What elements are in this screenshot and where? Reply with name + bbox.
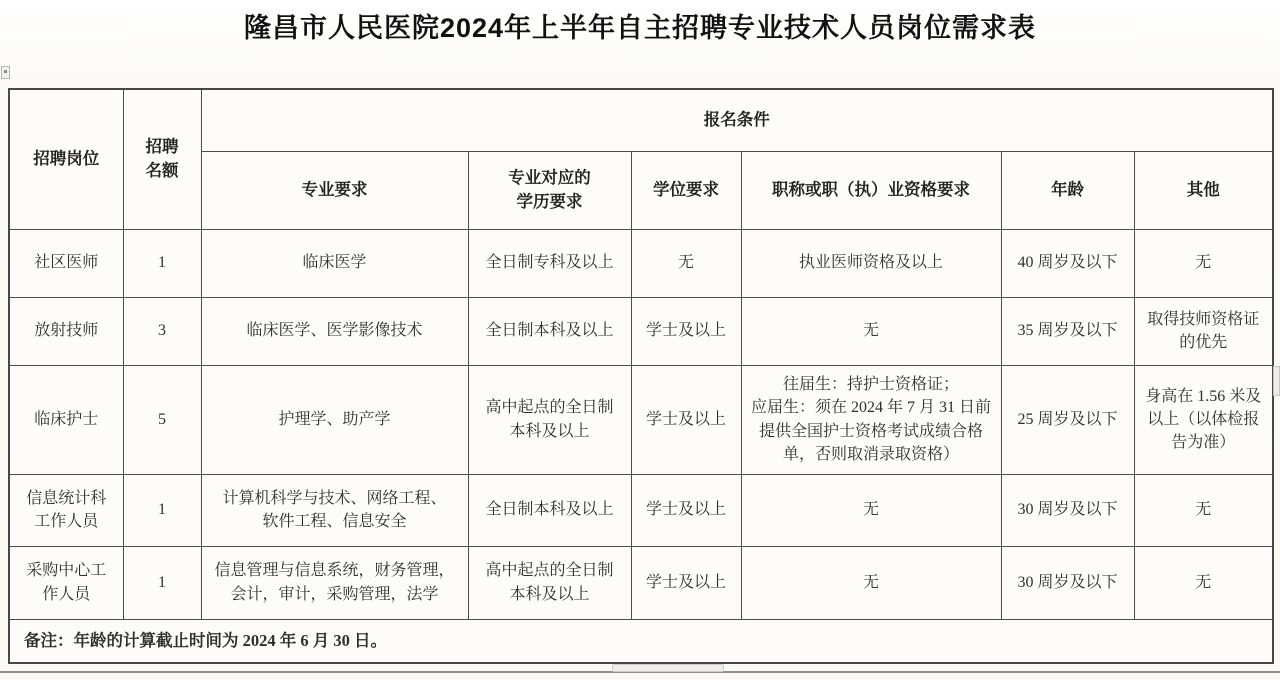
cell-other: 身高在 1.56 米及以上（以体检报告为准）	[1134, 365, 1273, 474]
table-row: 放射技师 3 临床医学、医学影像技术 全日制本科及以上 学士及以上 无 35 周…	[9, 297, 1273, 365]
cell-major: 护理学、助产学	[201, 365, 468, 474]
cell-education: 全日制专科及以上	[468, 229, 631, 297]
table-row: 采购中心工 作人员 1 信息管理与信息系统，财务管理， 会计，审计，采购管理，法…	[9, 546, 1273, 619]
table-anchor-icon	[1, 66, 10, 79]
header-qualification: 职称或职（执）业资格要求	[741, 151, 1001, 229]
cell-age: 30 周岁及以下	[1001, 474, 1134, 546]
cell-age: 30 周岁及以下	[1001, 546, 1134, 619]
note-text: 备注：年龄的计算截止时间为 2024 年 6 月 30 日。	[9, 619, 1273, 663]
cell-other: 无	[1134, 546, 1273, 619]
cell-qualification: 无	[741, 546, 1001, 619]
cell-degree: 学士及以上	[631, 297, 741, 365]
cell-major: 临床医学	[201, 229, 468, 297]
cell-qualification: 往届生：持护士资格证； 应届生：须在 2024 年 7 月 31 日前提供全国护…	[741, 365, 1001, 474]
cell-other: 无	[1134, 229, 1273, 297]
header-position: 招聘岗位	[9, 89, 123, 229]
cell-qualification: 无	[741, 297, 1001, 365]
table-row: 社区医师 1 临床医学 全日制专科及以上 无 执业医师资格及以上 40 周岁及以…	[9, 229, 1273, 297]
header-age: 年龄	[1001, 151, 1134, 229]
cell-qualification: 无	[741, 474, 1001, 546]
header-major: 专业要求	[201, 151, 468, 229]
table-note-row: 备注：年龄的计算截止时间为 2024 年 6 月 30 日。	[9, 619, 1273, 663]
header-degree: 学位要求	[631, 151, 741, 229]
cell-degree: 学士及以上	[631, 365, 741, 474]
header-row-group: 招聘岗位 招聘 名额 报名条件	[9, 89, 1273, 151]
cell-other: 无	[1134, 474, 1273, 546]
cell-degree: 无	[631, 229, 741, 297]
cell-quota: 5	[123, 365, 201, 474]
cell-quota: 3	[123, 297, 201, 365]
cell-major: 计算机科学与技术、网络工程、 软件工程、信息安全	[201, 474, 468, 546]
cell-major: 信息管理与信息系统，财务管理， 会计，审计，采购管理，法学	[201, 546, 468, 619]
horizontal-scrollbar-thumb[interactable]	[612, 664, 724, 672]
recruitment-table: 招聘岗位 招聘 名额 报名条件 专业要求 专业对应的 学历要求 学位要求 职称或…	[8, 88, 1274, 664]
document-page: 隆昌市人民医院2024年上半年自主招聘专业技术人员岗位需求表 招聘岗位 招聘 名…	[0, 0, 1280, 680]
cell-education: 全日制本科及以上	[468, 297, 631, 365]
header-quota: 招聘 名额	[123, 89, 201, 229]
cell-quota: 1	[123, 229, 201, 297]
header-conditions: 报名条件	[201, 89, 1273, 151]
cell-qualification: 执业医师资格及以上	[741, 229, 1001, 297]
cell-education: 全日制本科及以上	[468, 474, 631, 546]
side-handle-mark	[1273, 366, 1280, 396]
cell-position: 放射技师	[9, 297, 123, 365]
cell-position: 信息统计科 工作人员	[9, 474, 123, 546]
header-education: 专业对应的 学历要求	[468, 151, 631, 229]
cell-age: 25 周岁及以下	[1001, 365, 1134, 474]
cell-education: 高中起点的全日制 本科及以上	[468, 365, 631, 474]
cell-quota: 1	[123, 546, 201, 619]
cell-position: 临床护士	[9, 365, 123, 474]
page-title: 隆昌市人民医院2024年上半年自主招聘专业技术人员岗位需求表	[0, 6, 1280, 45]
table-row: 信息统计科 工作人员 1 计算机科学与技术、网络工程、 软件工程、信息安全 全日…	[9, 474, 1273, 546]
header-other: 其他	[1134, 151, 1273, 229]
cell-other: 取得技师资格证 的优先	[1134, 297, 1273, 365]
cell-major: 临床医学、医学影像技术	[201, 297, 468, 365]
cell-degree: 学士及以上	[631, 546, 741, 619]
table-row: 临床护士 5 护理学、助产学 高中起点的全日制 本科及以上 学士及以上 往届生：…	[9, 365, 1273, 474]
cell-position: 社区医师	[9, 229, 123, 297]
cell-quota: 1	[123, 474, 201, 546]
cell-age: 40 周岁及以下	[1001, 229, 1134, 297]
cell-degree: 学士及以上	[631, 474, 741, 546]
cell-education: 高中起点的全日制 本科及以上	[468, 546, 631, 619]
cell-position: 采购中心工 作人员	[9, 546, 123, 619]
cell-age: 35 周岁及以下	[1001, 297, 1134, 365]
